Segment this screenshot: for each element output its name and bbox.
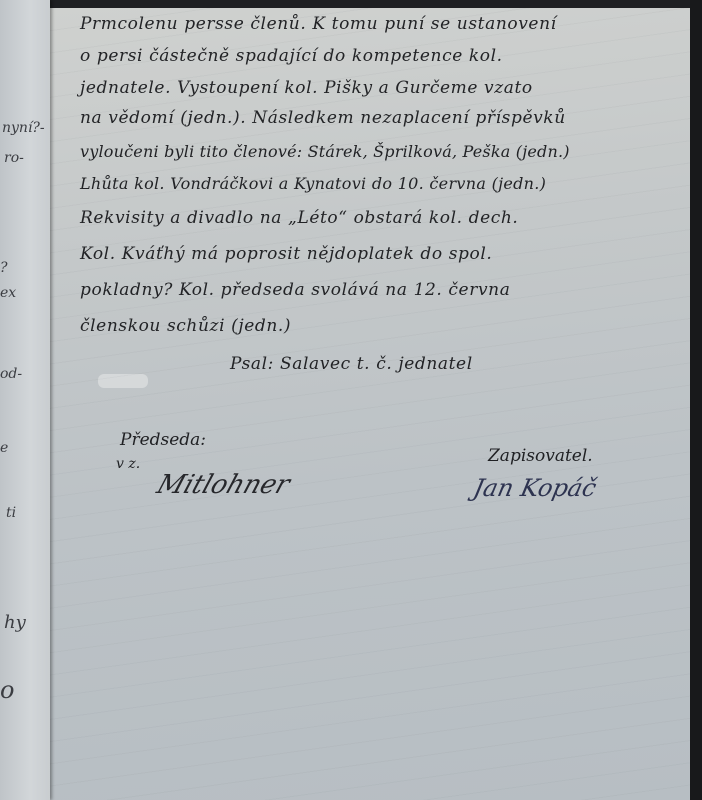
text-line: jednatele. Vystoupení kol. Pišky a Gurče…	[80, 78, 533, 98]
left-page-fragment: ex	[0, 285, 16, 301]
closing-line: Psal: Salavec t. č. jednatel	[230, 354, 473, 374]
left-page-fragment: hy	[4, 612, 26, 633]
manuscript-page: Prmcolenu persse členů. K tomu puní se u…	[50, 8, 690, 800]
text-line: vyloučeni byli tito členové: Stárek, Špr…	[80, 142, 570, 161]
chair-signature: Mitlohner	[153, 470, 293, 500]
book-spine-shadow	[0, 0, 702, 8]
text-line: pokladny? Kol. předseda svolává na 12. č…	[80, 280, 510, 300]
text-line: Kol. Kváťhý má poprosit nějdoplatek do s…	[80, 244, 492, 264]
left-page-fragment: od-	[0, 366, 22, 382]
left-page-fragment: ?	[0, 260, 8, 276]
left-page-fragment: nyní?-	[2, 120, 45, 136]
left-page-fragment: e	[0, 440, 8, 456]
left-page-fragment: o	[0, 676, 14, 704]
text-line: Lhůta kol. Vondráčkovi a Kynatovi do 10.…	[80, 174, 546, 193]
secretary-signature: Jan Kopáč	[471, 474, 599, 502]
paper-crease	[98, 374, 148, 388]
secretary-label: Zapisovatel.	[488, 446, 593, 466]
text-line: Rekvisity a divadlo na „Léto“ obstará ko…	[80, 208, 518, 228]
left-page-edge: nyní?- ro- ? ex od- e ti hy o	[0, 0, 50, 800]
chair-label: Předseda:	[120, 430, 206, 450]
text-line: o persi částečně spadající do kompetence…	[80, 46, 503, 66]
left-page-fragment: ro-	[4, 150, 24, 166]
text-line: členskou schůzi (jedn.)	[80, 316, 291, 336]
book-cover-edge	[690, 0, 702, 800]
text-line: na vědomí (jedn.). Následkem nezaplacení…	[80, 108, 566, 128]
left-page-fragment: ti	[6, 505, 16, 521]
text-line: Prmcolenu persse členů. K tomu puní se u…	[80, 14, 557, 34]
chair-prefix: v z.	[116, 456, 140, 472]
